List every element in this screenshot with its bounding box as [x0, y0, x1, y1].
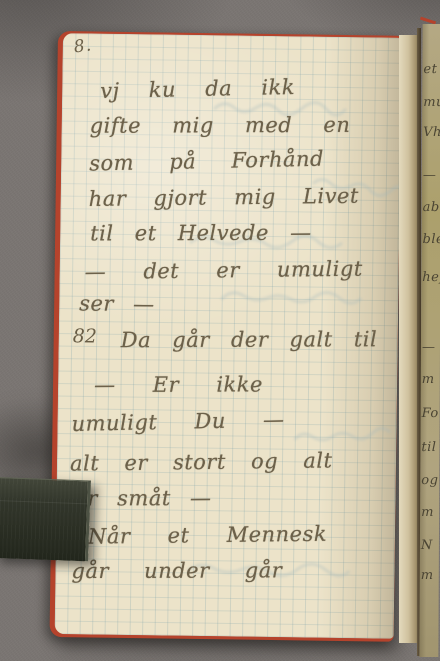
- facing-page-fragment: ab: [423, 200, 440, 215]
- handwritten-line: gifte mig med en: [90, 113, 351, 138]
- facing-page-fragment: —: [422, 340, 436, 355]
- handwritten-line: alt er stort og alt: [70, 448, 333, 475]
- handwritten-line: Da går der galt til: [121, 327, 378, 352]
- facing-page-fragment: et: [423, 62, 437, 77]
- facing-page-fragment: m: [421, 505, 434, 520]
- facing-page-fragment: Fo: [422, 406, 439, 421]
- handwritten-line: Når et Mennesk: [88, 522, 327, 549]
- show-through-mark: [292, 422, 393, 448]
- facing-page-fragment: hef: [422, 270, 440, 285]
- squared-paper: 8. vj ku da ikk gifte mig med en som på …: [55, 33, 402, 639]
- facing-page-fragment: og: [421, 473, 438, 488]
- margin-mark: 82: [73, 325, 97, 347]
- page-number: 8.: [73, 35, 94, 57]
- facing-page-fragment: mu: [423, 95, 440, 110]
- facing-page-fragment: —: [423, 168, 437, 183]
- handwritten-line: går under går: [71, 558, 282, 583]
- handwritten-line: har gjort mig Livet: [89, 184, 359, 211]
- clamp-seam: [0, 500, 87, 504]
- facing-page-fragment: til d: [421, 440, 440, 455]
- handwritten-line: som på Forhånd: [89, 147, 324, 176]
- facing-page-fragment: N: [421, 538, 433, 553]
- notebook-left-page: 8. vj ku da ikk gifte mig med en som på …: [50, 31, 402, 642]
- facing-page-fragment: m: [421, 568, 434, 583]
- facing-page-strip: et mu Vh — ab ble hef — m Fo til d og m …: [419, 24, 440, 657]
- handwritten-line: umuligt Du —: [71, 407, 284, 435]
- facing-page-fragment: m: [422, 372, 435, 387]
- handwritten-line: til et Helvede —: [90, 221, 311, 246]
- handwritten-line: er småt —: [74, 486, 211, 510]
- facing-page-fragment: ble: [422, 232, 440, 247]
- facing-page-fragment: Vh: [423, 125, 440, 140]
- handwritten-line: ser —: [79, 291, 155, 316]
- handwritten-line: vj ku da ikk: [100, 75, 295, 103]
- handwritten-line: — Er ikke: [94, 372, 263, 397]
- handwritten-line: — det er umuligt: [85, 257, 363, 284]
- metal-clamp: [0, 477, 91, 561]
- show-through-mark: [219, 285, 369, 309]
